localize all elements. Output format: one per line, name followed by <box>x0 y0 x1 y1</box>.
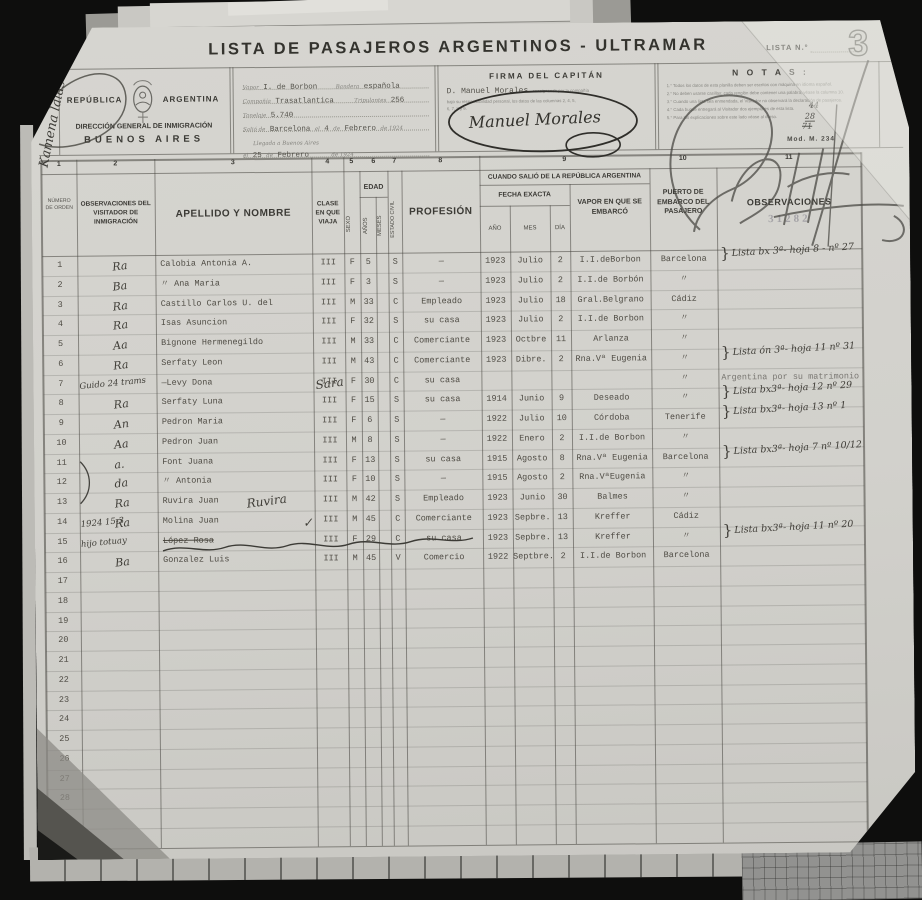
cell-anos: 10 <box>362 470 378 490</box>
cell-nota: }Lista bx 3ª- hoja 8 - nº 27 <box>720 236 881 264</box>
cell-n: 13 <box>44 493 79 513</box>
cell-name: Serfaty Luna <box>162 392 314 413</box>
cell-clase: III <box>313 293 345 313</box>
cell-anos: 33 <box>361 332 377 352</box>
header-observaciones-visitador: OBSERVACIONES DEL VISITADOR DE INMIGRACI… <box>79 199 153 227</box>
cell-vapor: I.I.de Borbón <box>570 270 650 291</box>
cell-vapor: I.I.deBorbon <box>570 250 650 271</box>
cell-puerto: 〃 <box>653 526 720 546</box>
cell-nota: }Lista ón 3ª- hoja 11 nº 31 <box>721 335 882 363</box>
cell-vapor: I.I.de Borbon <box>573 547 653 568</box>
cell-clase: III <box>313 312 345 332</box>
note-brace: } <box>722 442 732 460</box>
cell-profesion: Comerciante <box>405 509 483 529</box>
cell-puerto: 〃 <box>652 388 719 408</box>
cell-ano: 1923 <box>481 350 511 370</box>
grid-line <box>47 762 867 771</box>
cell-n: 16 <box>45 552 80 572</box>
cell-n: 12 <box>44 473 79 493</box>
grid-line <box>46 623 866 632</box>
cell-ano: 1915 <box>482 449 512 469</box>
cell-n: 21 <box>46 651 81 671</box>
grid-line <box>46 683 866 692</box>
cell-n: 19 <box>46 611 81 631</box>
cell-nota-text: Lista bx3ª- hoja 13 nº 1 <box>733 400 847 417</box>
passenger-table: 1 2 3 4 5 6 7 8 9 10 11 NÚMERO DE ORDEN … <box>30 20 916 860</box>
cell-puerto: Barcelona <box>653 546 720 566</box>
cell-mes: Sepbre. <box>513 528 553 548</box>
cell-estado: S <box>390 450 404 470</box>
cell-mes: Octbre <box>511 330 551 350</box>
cell-mes: Sepbre. <box>513 508 553 528</box>
cell-puerto: 〃 <box>651 329 718 349</box>
cell-clase: III <box>314 431 346 451</box>
cell-name: Castillo Carlos U. del <box>161 293 313 314</box>
cell-name: Molina Juan <box>163 510 315 531</box>
cell-profesion: su casa <box>404 449 482 469</box>
cell-n: 26 <box>47 749 82 769</box>
cell-dia: 8 <box>552 449 572 469</box>
cell-nota-text: Lista bx3ª- hoja 7 nº 10/12 <box>733 439 862 457</box>
grid-line <box>46 663 866 672</box>
cell-vapor: Rna.Vª Eugenia <box>572 448 652 469</box>
cell-ano: 1923 <box>480 271 510 291</box>
cell-name: López Rosa <box>163 530 315 551</box>
cell-name: Gonzalez Luis <box>163 550 315 571</box>
cell-n: 14 <box>45 513 80 533</box>
grid-line <box>48 841 868 850</box>
header-puerto-embarco: PUERTO DE EMBARCO DEL PASAJERO <box>651 188 716 217</box>
cell-estado: S <box>388 272 402 292</box>
cell-vapor: Kreffer <box>573 527 653 548</box>
cell-n: 10 <box>44 434 79 454</box>
cell-estado: S <box>390 490 404 510</box>
cell-dia: 9 <box>552 389 572 409</box>
cell-anos: 30 <box>361 371 377 391</box>
col-number: 5 <box>343 158 359 165</box>
cell-anos: 42 <box>362 490 378 510</box>
cell-estado: C <box>389 351 403 371</box>
header-dia: DÍA <box>550 225 570 231</box>
cell-profesion: su casa <box>403 370 481 390</box>
header-ano: AÑO <box>480 226 510 232</box>
cell-anos: 32 <box>361 312 377 332</box>
cell-puerto: 〃 <box>652 467 719 487</box>
cell-n: 15 <box>45 532 80 552</box>
cell-puerto: 〃 <box>650 269 717 289</box>
header-anos: AÑOS <box>363 203 374 248</box>
grid-line <box>47 781 867 790</box>
grid-line <box>480 183 650 186</box>
cell-n: 8 <box>44 394 79 414</box>
cell-clase: III <box>313 352 345 372</box>
cell-puerto: Cádiz <box>651 289 718 309</box>
cell-n: 29 <box>48 809 83 829</box>
cell-anos: 33 <box>361 292 377 312</box>
cell-mes: Junio <box>512 488 552 508</box>
cell-profesion: Comercio <box>405 548 483 568</box>
cell-n: 6 <box>43 355 78 375</box>
cell-anos: 6 <box>362 411 378 431</box>
cell-anos: 13 <box>362 450 378 470</box>
cell-sexo: F <box>345 372 361 392</box>
cell-anos: 29 <box>363 529 379 549</box>
cell-vapor: I.I.de Borbon <box>572 428 652 449</box>
header-sexo: SEXO <box>346 201 358 247</box>
cell-clase: III <box>313 372 345 392</box>
cell-clase: III <box>314 411 346 431</box>
grid-line <box>47 742 867 751</box>
cell-n: 17 <box>45 572 80 592</box>
cell-n: 23 <box>46 690 81 710</box>
cell-profesion: su casa <box>404 390 482 410</box>
cell-dia: 11 <box>551 330 571 350</box>
cell-ano: 1923 <box>481 311 511 331</box>
cell-clase: III <box>314 391 346 411</box>
cell-nota-text: Lista ón 3ª- hoja 11 nº 31 <box>732 340 855 358</box>
cell-ano: 1923 <box>483 528 513 548</box>
cell-n: 2 <box>42 276 77 296</box>
cell-mes: Julio <box>511 310 551 330</box>
cell-anos: 8 <box>362 431 378 451</box>
cell-ano: 1923 <box>481 291 511 311</box>
cell-sexo: F <box>346 411 362 431</box>
header-vapor-embarco: VAPOR EN QUE SE EMBARCÓ <box>572 197 648 218</box>
cell-dia: 2 <box>553 547 573 567</box>
cell-mes: Dibre. <box>511 350 551 370</box>
cell-clase: III <box>314 470 346 490</box>
cell-estado: S <box>390 411 404 431</box>
cell-puerto: Cádiz <box>653 506 720 526</box>
cell-profesion: Empleado <box>404 489 482 509</box>
cell-clase: III <box>315 549 347 569</box>
cell-dia: 30 <box>552 488 572 508</box>
col-number: 8 <box>401 157 479 165</box>
cell-ano: 1914 <box>482 390 512 410</box>
cell-name: Pedron Juan <box>162 431 314 452</box>
cell-n: 5 <box>43 335 78 355</box>
grid-line <box>46 604 866 613</box>
cell-mark: Ba <box>114 549 158 573</box>
cell-estado: C <box>391 529 405 549</box>
cell-profesion: su casa <box>405 528 483 548</box>
cell-profesion: Empleado <box>403 291 481 311</box>
scanned-passenger-list: { "page": { "title": "LISTA DE PASAJEROS… <box>0 0 922 900</box>
header-observaciones: OBSERVACIONES <box>717 196 862 207</box>
cell-sexo: F <box>346 451 362 471</box>
cell-estado: S <box>390 430 404 450</box>
cell-n: 22 <box>46 671 81 691</box>
cell-anos: 3 <box>360 273 376 293</box>
cell-sexo: F <box>346 470 362 490</box>
cell-vapor: Deseado <box>572 389 652 410</box>
col-number: 4 <box>311 158 343 165</box>
cell-sexo: M <box>345 352 361 372</box>
cell-clase: III <box>313 332 345 352</box>
header-numero: NÚMERO DE ORDEN <box>44 198 75 212</box>
cell-name: Serfaty Leon <box>161 352 313 373</box>
cell-n: 24 <box>47 710 82 730</box>
cell-dia: 13 <box>553 528 573 548</box>
note-brace: } <box>721 343 731 361</box>
cell-sexo: M <box>345 293 361 313</box>
cell-name: Calobia Antonia A. <box>160 254 312 275</box>
cell-nota-text: Lista bx 3ª- hoja 8 - nº 27 <box>731 241 854 258</box>
cell-estado: C <box>389 371 403 391</box>
cell-dia: 13 <box>553 508 573 528</box>
cell-dia: 2 <box>552 468 572 488</box>
grid-line <box>45 584 865 593</box>
cell-name: Pedron Maria <box>162 412 314 433</box>
cell-dia: 2 <box>552 429 572 449</box>
grid-line <box>360 197 388 198</box>
col-number: 7 <box>387 158 401 165</box>
cell-puerto: 〃 <box>651 348 718 368</box>
cell-estado: S <box>389 312 403 332</box>
cell-mes: Enero <box>512 429 552 449</box>
cell-ano: 1915 <box>482 469 512 489</box>
cell-ano: 1923 <box>481 331 511 351</box>
cell-profesion: — <box>402 252 480 272</box>
header-mes: MES <box>510 225 550 231</box>
cell-dia: 2 <box>551 350 571 370</box>
cell-estado: S <box>390 470 404 490</box>
cell-nota-text: Lista bx3ª- hoja 12 nº 29 <box>733 380 853 397</box>
cell-ano: 1923 <box>482 489 512 509</box>
cell-profesion: su casa <box>403 311 481 331</box>
grid-line <box>48 821 868 830</box>
cell-sexo: F <box>347 530 363 550</box>
cell-name: Isas Asuncion <box>161 313 313 334</box>
cell-vapor: Rna.Vª Eugenia <box>571 349 651 370</box>
cell-ano: 1923 <box>480 252 510 272</box>
cell-clase: III <box>315 510 347 530</box>
header-fecha-exacta: FECHA EXACTA <box>480 191 570 199</box>
cell-estado: C <box>391 509 405 529</box>
cell-sexo: M <box>345 332 361 352</box>
cell-name: 〃 Ana Maria <box>160 273 312 294</box>
cell-estado: S <box>388 253 402 273</box>
cell-anos: 45 <box>363 549 379 569</box>
cell-n: 28 <box>47 789 82 809</box>
cell-sexo: M <box>347 549 363 569</box>
cell-puerto: Tenerife <box>652 408 719 428</box>
header-edad: EDAD <box>360 184 388 191</box>
cell-puerto: 〃 <box>651 368 718 388</box>
cell-n: 1 <box>42 256 77 276</box>
col-number: 1 <box>41 161 76 168</box>
cell-sexo: F <box>344 253 360 273</box>
cell-n: 7 <box>43 374 78 394</box>
cell-profesion: Comerciante <box>403 351 481 371</box>
cell-n: 27 <box>47 769 82 789</box>
cell-puerto: 〃 <box>652 427 719 447</box>
cell-clase: III <box>314 490 346 510</box>
cell-estado: V <box>391 549 405 569</box>
cell-vapor: Balmes <box>572 487 652 508</box>
header-cuando-salio: CUANDO SALIÓ DE LA REPÚBLICA ARGENTINA <box>479 172 649 181</box>
cell-puerto: Barcelona <box>652 447 719 467</box>
cell-clase: III <box>315 530 347 550</box>
cell-vapor: Gral.Belgrano <box>571 290 651 311</box>
cell-ano: 1922 <box>482 410 512 430</box>
cell-clase: III <box>312 273 344 293</box>
cell-ano: 1922 <box>482 429 512 449</box>
cell-sexo: M <box>346 431 362 451</box>
cell-mes: Agosto <box>512 449 552 469</box>
cell-profesion: — <box>402 272 480 292</box>
note-brace: } <box>722 521 732 539</box>
cell-dia: 18 <box>551 291 571 311</box>
cell-vapor: Rna.VªEugenia <box>572 468 652 489</box>
cell-vapor: Kreffer <box>573 507 653 528</box>
grid-line <box>47 702 867 711</box>
cell-nota: }Lista bx3ª- hoja 7 nº 10/12 <box>722 434 883 462</box>
cell-anos: 5 <box>360 253 376 273</box>
cell-anos: 45 <box>363 510 379 530</box>
cell-mes: Julio <box>511 291 551 311</box>
cell-sexo: F <box>344 273 360 293</box>
cell-estado: C <box>389 292 403 312</box>
cell-dia: 2 <box>551 310 571 330</box>
cell-nota: }Lista bx3ª- hoja 11 nº 20 <box>722 513 883 541</box>
cell-nota-text: Lista bx3ª- hoja 11 nº 20 <box>734 518 854 535</box>
cell-puerto: 〃 <box>652 487 719 507</box>
cell-profesion: — <box>404 410 482 430</box>
col-number: 6 <box>359 158 387 165</box>
cell-n: 9 <box>44 414 79 434</box>
cell-puerto: 〃 <box>651 309 718 329</box>
col-number: 2 <box>76 160 154 168</box>
grid-line <box>46 643 866 652</box>
cell-vapor: Arlanza <box>571 329 651 350</box>
cell-name: —Levy Dona <box>161 372 313 393</box>
cell-estado: S <box>390 391 404 411</box>
cell-anos: 15 <box>362 391 378 411</box>
cell-mes: Junio <box>512 389 552 409</box>
cell-n: 25 <box>47 730 82 750</box>
cell-puerto: Barcelona <box>650 250 717 270</box>
cell-n: 20 <box>46 631 81 651</box>
grid-line <box>47 722 867 731</box>
cell-clase: III <box>312 253 344 273</box>
header-clase: CLASE EN QUE VIAJA <box>313 199 343 226</box>
cell-mes: Julio <box>510 271 550 291</box>
stamp-number: 31282 <box>717 212 862 225</box>
note-brace: } <box>721 382 731 400</box>
cell-mes: Julio <box>510 251 550 271</box>
cell-n: 30 <box>48 828 83 848</box>
cell-mes: Septbre. <box>513 547 553 567</box>
cell-name: Font Juana <box>162 451 314 472</box>
cell-dia: 2 <box>550 251 570 271</box>
cell-mes: Agosto <box>512 468 552 488</box>
cell-n: 4 <box>43 315 78 335</box>
note-brace: } <box>721 402 731 420</box>
document-sheet: LISTA DE PASAJEROS ARGENTINOS - ULTRAMAR… <box>30 20 916 860</box>
header-estado-civil: ESTADO CIVIL <box>390 191 402 249</box>
cell-clase: III <box>314 451 346 471</box>
cell-sexo: M <box>347 510 363 530</box>
cell-n: 18 <box>45 592 80 612</box>
cell-profesion: — <box>404 469 482 489</box>
cell-sexo: F <box>346 391 362 411</box>
cell-estado: C <box>389 332 403 352</box>
cell-ano: 1923 <box>483 508 513 528</box>
cell-vapor: Córdoba <box>572 408 652 429</box>
cell-dia: 10 <box>552 409 572 429</box>
cell-dia: 2 <box>550 271 570 291</box>
grid-line <box>480 205 570 207</box>
cell-profesion: Comerciante <box>403 331 481 351</box>
cell-name: Bignone Hermenegildo <box>161 333 313 354</box>
header-apellido: APELLIDO Y NOMBRE <box>155 208 312 221</box>
cell-mes: Julio <box>512 409 552 429</box>
cell-sexo: F <box>345 312 361 332</box>
grid-line <box>48 801 868 810</box>
cell-n: 11 <box>44 453 79 473</box>
cell-profesion: — <box>404 430 482 450</box>
cell-vapor: I.I.de Borbon <box>571 310 651 331</box>
header-profesion: PROFESIÓN <box>402 206 480 218</box>
note-brace: } <box>720 244 730 262</box>
col-number: 10 <box>649 155 716 163</box>
cell-ano: 1922 <box>483 548 513 568</box>
cell-n: 3 <box>43 295 78 315</box>
grid-line <box>41 166 861 175</box>
